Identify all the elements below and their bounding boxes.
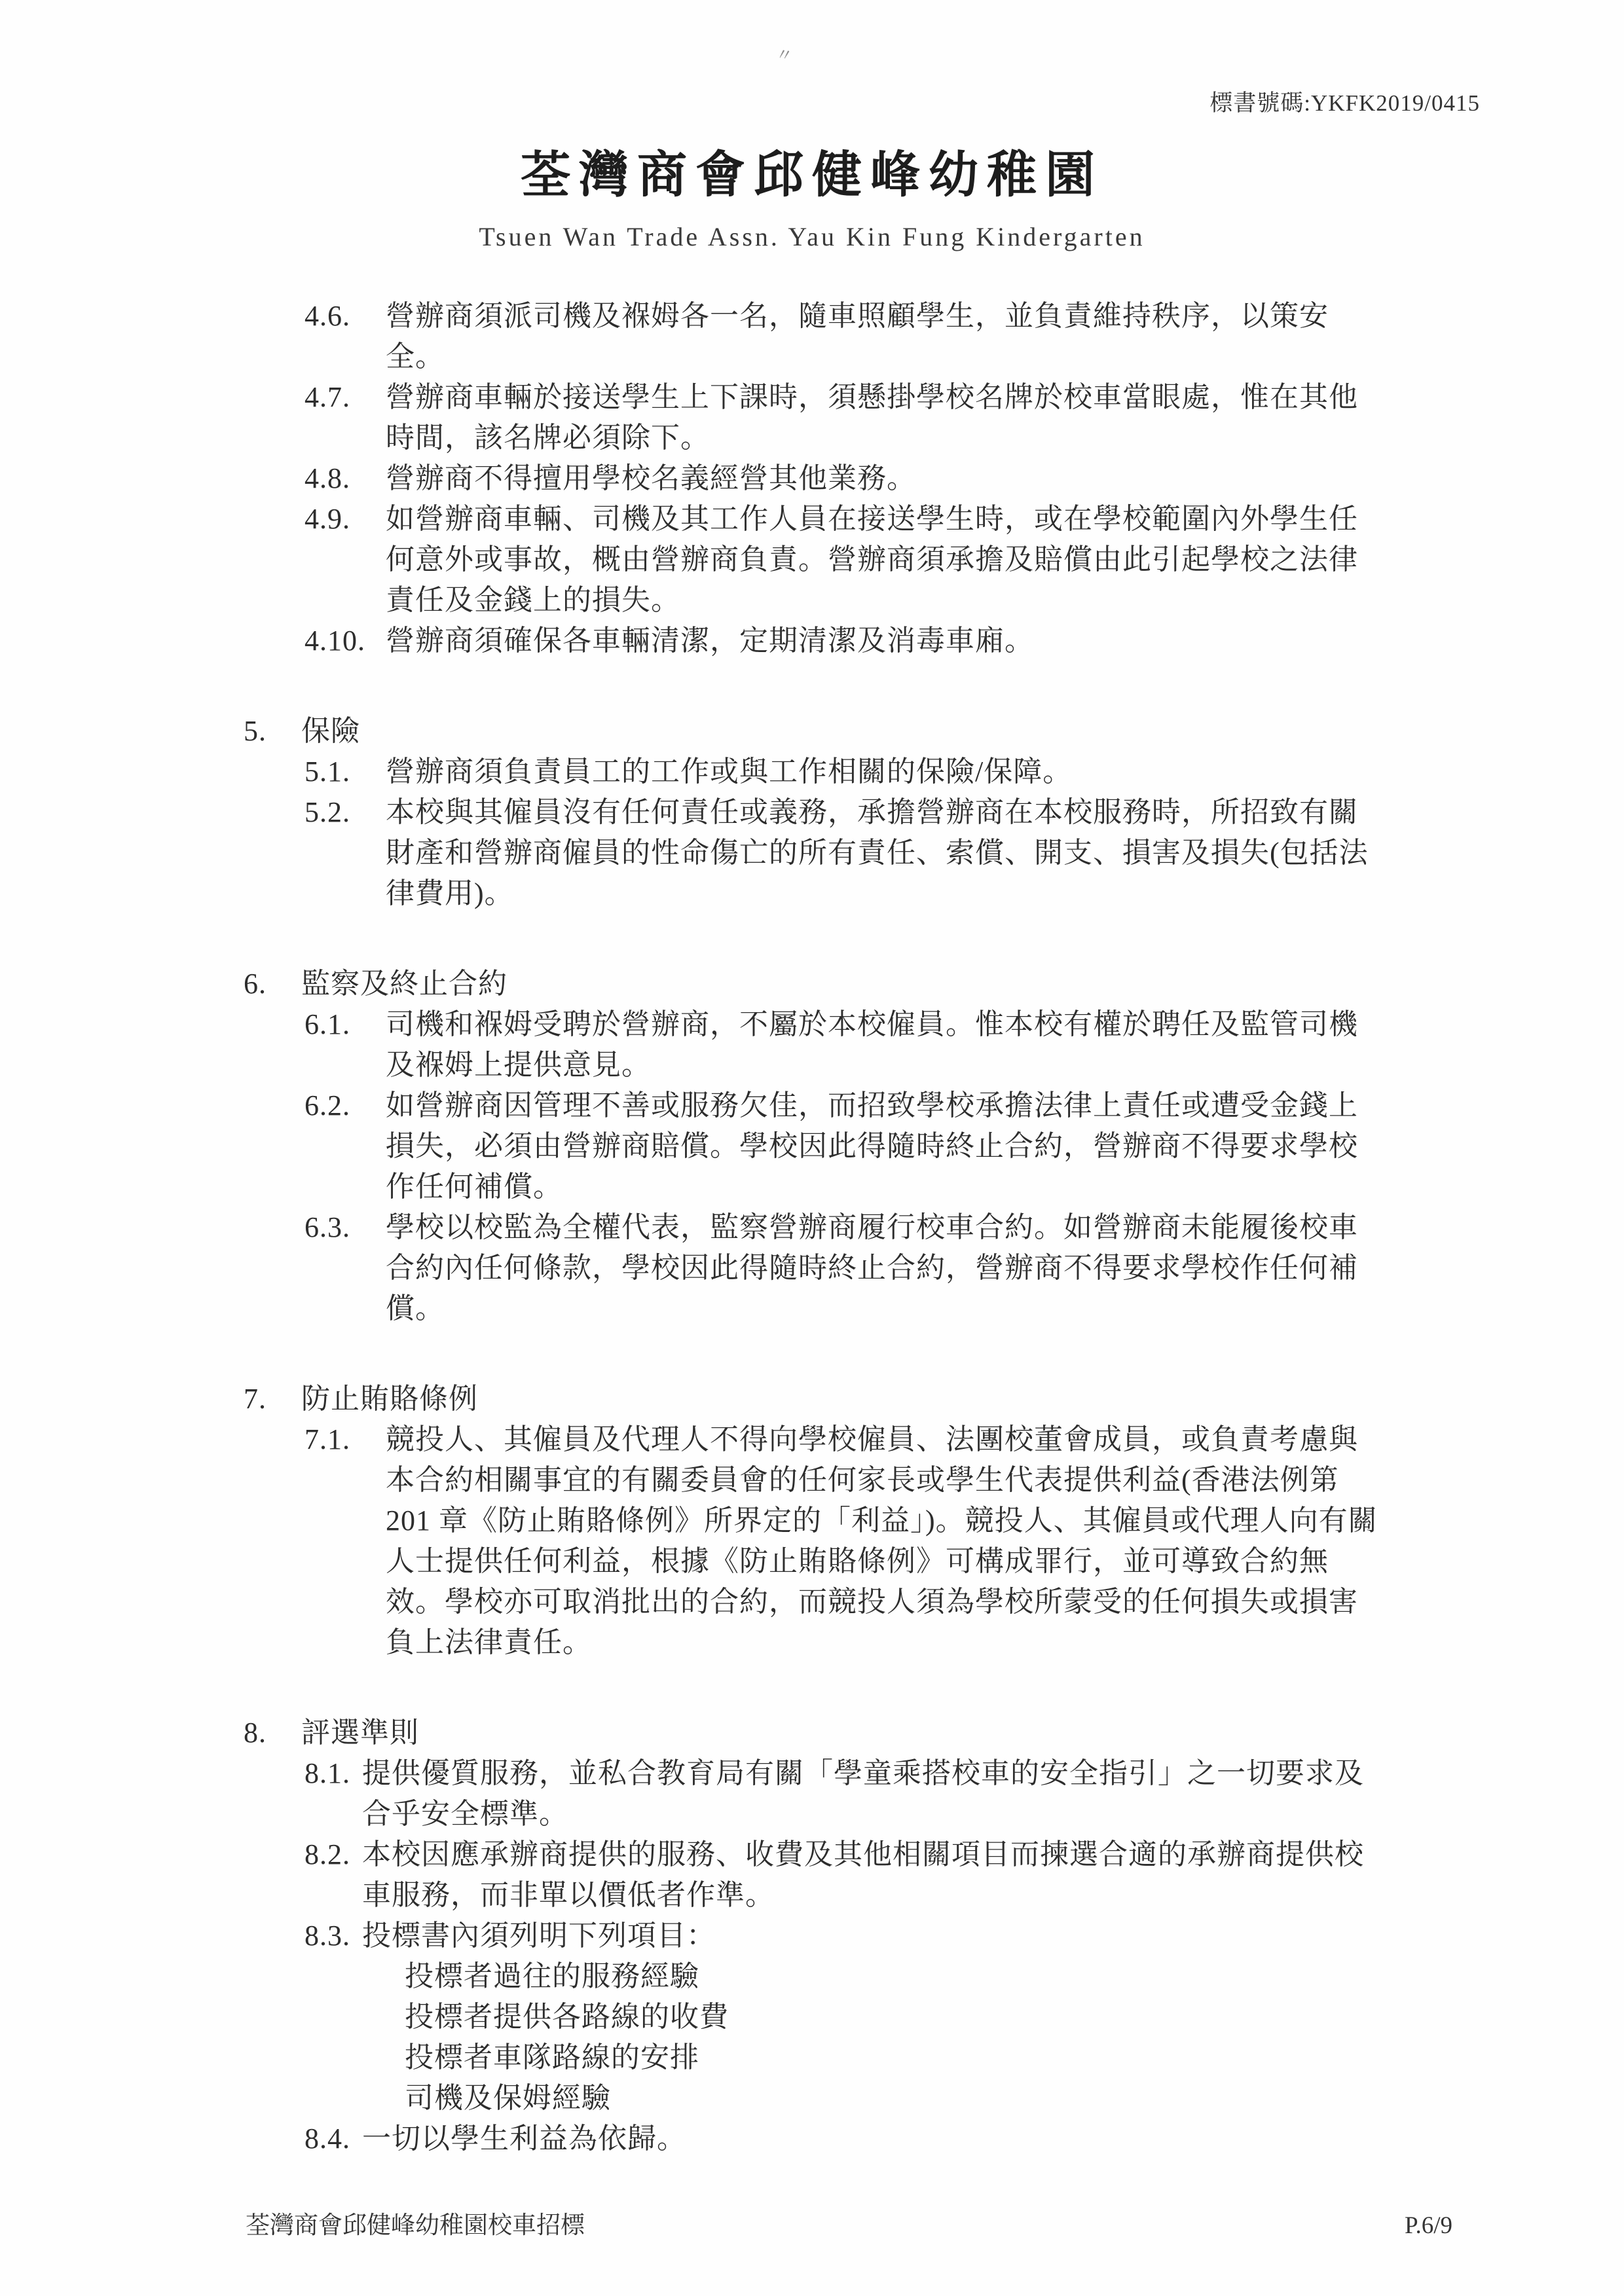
clause-number: 4.6. [304,296,386,377]
clause-4-9: 4.9.如營辦商車輛、司機及其工作人員在接送學生時，或在學校範圍內外學生任何意外… [304,499,1383,621]
clause-text: 本校與其僱員沒有任何責任或義務，承擔營辦商在本校服務時，所招致有關財產和營辦商僱… [386,792,1383,914]
clause-number: 4.9. [304,499,386,621]
scan-artifact: 〃 [775,41,796,67]
clause-text: 如營辦商因管理不善或服務欠佳，而招致學校承擔法律上責任或遭受金錢上損失，必須由營… [386,1085,1383,1207]
footer-document-title: 荃灣商會邱健峰幼稚園校車招標 [246,2205,585,2240]
section-title: 監察及終止合約 [301,964,507,1004]
section-title: 防止賄賂條例 [301,1379,478,1419]
clause-number: 6.1. [304,1004,386,1085]
clause-5-2: 5.2.本校與其僱員沒有任何責任或義務，承擔營辦商在本校服務時，所招致有關財產和… [304,792,1383,914]
section-number: 5. [244,711,301,752]
clause-number: 5.1. [304,752,386,792]
clause-text: 學校以校監為全權代表，監察營辦商履行校車合約。如營辦商未能履後校車合約內任何條款… [386,1207,1383,1329]
clause-text: 提供優質服務，並私合教育局有關「學童乘搭校車的安全指引」之一切要求及合乎安全標準… [362,1753,1383,1834]
clause-8-1: 8.1.提供優質服務，並私合教育局有關「學童乘搭校車的安全指引」之一切要求及合乎… [304,1753,1383,1834]
section-6: 6.監察及終止合約6.1.司機和褓姆受聘於營辦商，不屬於本校僱員。惟本校有權於聘… [244,964,1383,1329]
clause-8-3: 8.3.投標書內須列明下列項目：投標者過往的服務經驗投標者提供各路線的收費投標者… [304,1916,1383,2119]
section-7: 7.防止賄賂條例7.1.競投人、其僱員及代理人不得向學校僱員、法團校董會成員，或… [244,1379,1383,1663]
clause-6-3: 6.3.學校以校監為全權代表，監察營辦商履行校車合約。如營辦商未能履後校車合約內… [304,1207,1383,1329]
clause-6-1: 6.1.司機和褓姆受聘於營辦商，不屬於本校僱員。惟本校有權於聘任及監管司機及褓姆… [304,1004,1383,1085]
section-number: 8. [244,1713,301,1753]
clause-4-10: 4.10.營辦商須確保各車輛清潔，定期清潔及消毒車廂。 [304,621,1383,661]
clause-text: 營辦商車輛於接送學生上下課時，須懸掛學校名牌於校車當眼處，惟在其他時間，該名牌必… [386,377,1383,458]
clause-text: 競投人、其僱員及代理人不得向學校僱員、法團校董會成員，或負責考慮與本合約相關事宜… [386,1419,1383,1663]
clause-number: 6.2. [304,1085,386,1207]
clause-number: 5.2. [304,792,386,914]
clause-7-1: 7.1.競投人、其僱員及代理人不得向學校僱員、法團校董會成員，或負責考慮與本合約… [304,1419,1383,1663]
tender-item: 投標者車隊路線的安排 [405,2037,1383,2078]
school-name-english: Tsuen Wan Trade Assn. Yau Kin Fung Kinde… [0,221,1624,252]
section-5: 5.保險5.1.營辦商須負責員工的工作或與工作相關的保險/保障。5.2.本校與其… [244,711,1383,914]
tender-item: 投標者提供各路線的收費 [405,1997,1383,2037]
page-number: P.6/9 [1405,2212,1452,2240]
clause-number: 4.10. [304,621,386,661]
clause-number: 6.3. [304,1207,386,1329]
section-4: 4.6.營辦商須派司機及褓姆各一名，隨車照顧學生，並負責維持秩序，以策安全。4.… [244,296,1383,661]
clause-number: 8.4. [304,2119,362,2159]
clause-text: 營辦商須確保各車輛清潔，定期清潔及消毒車廂。 [386,621,1383,661]
tender-item-list: 投標者過往的服務經驗投標者提供各路線的收費投標者車隊路線的安排司機及保姆經驗 [405,1956,1383,2119]
clause-8-2: 8.2.本校因應承辦商提供的服務、收費及其他相關項目而揀選合適的承辦商提供校車服… [304,1834,1383,1916]
clause-number: 7.1. [304,1419,386,1663]
clause-number: 4.8. [304,458,386,499]
clause-text: 營辦商須負責員工的工作或與工作相關的保險/保障。 [386,752,1383,792]
clause-text: 本校因應承辦商提供的服務、收費及其他相關項目而揀選合適的承辦商提供校車服務，而非… [362,1834,1383,1916]
section-title: 保險 [301,711,360,752]
clause-4-8: 4.8.營辦商不得擅用學校名義經營其他業務。 [304,458,1383,499]
clause-4-7: 4.7.營辦商車輛於接送學生上下課時，須懸掛學校名牌於校車當眼處，惟在其他時間，… [304,377,1383,458]
clause-text: 投標書內須列明下列項目：投標者過往的服務經驗投標者提供各路線的收費投標者車隊路線… [362,1916,1383,2119]
document-page: 〃 標書號碼:YKFK2019/0415 荃灣商會邱健峰幼稚園 Tsuen Wa… [0,0,1624,2296]
clause-number: 8.1. [304,1753,362,1834]
section-number: 6. [244,964,301,1004]
tender-item: 投標者過往的服務經驗 [405,1956,1383,1997]
section-8: 8.評選準則8.1.提供優質服務，並私合教育局有關「學童乘搭校車的安全指引」之一… [244,1713,1383,2159]
section-number: 7. [244,1379,301,1419]
document-body: 4.6.營辦商須派司機及褓姆各一名，隨車照顧學生，並負責維持秩序，以策安全。4.… [244,296,1383,2159]
section-title: 評選準則 [301,1713,419,1753]
clause-text: 營辦商須派司機及褓姆各一名，隨車照顧學生，並負責維持秩序，以策安全。 [386,296,1383,377]
tender-number: 標書號碼:YKFK2019/0415 [1209,85,1480,118]
section-heading: 7.防止賄賂條例 [244,1379,1383,1419]
clause-number: 4.7. [304,377,386,458]
clause-number: 8.3. [304,1916,362,2119]
clause-6-2: 6.2.如營辦商因管理不善或服務欠佳，而招致學校承擔法律上責任或遭受金錢上損失，… [304,1085,1383,1207]
clause-text: 司機和褓姆受聘於營辦商，不屬於本校僱員。惟本校有權於聘任及監管司機及褓姆上提供意… [386,1004,1383,1085]
tender-item: 司機及保姆經驗 [405,2078,1383,2119]
clause-text: 營辦商不得擅用學校名義經營其他業務。 [386,458,1383,499]
section-heading: 6.監察及終止合約 [244,964,1383,1004]
clause-8-4: 8.4.一切以學生利益為依歸。 [304,2119,1383,2159]
clause-5-1: 5.1.營辦商須負責員工的工作或與工作相關的保險/保障。 [304,752,1383,792]
clause-number: 8.2. [304,1834,362,1916]
clause-text: 如營辦商車輛、司機及其工作人員在接送學生時，或在學校範圍內外學生任何意外或事故，… [386,499,1383,621]
clause-4-6: 4.6.營辦商須派司機及褓姆各一名，隨車照顧學生，並負責維持秩序，以策安全。 [304,296,1383,377]
clause-text: 一切以學生利益為依歸。 [362,2119,1383,2159]
section-heading: 8.評選準則 [244,1713,1383,1753]
page-footer: 荃灣商會邱健峰幼稚園校車招標 P.6/9 [246,2205,1452,2240]
school-name-chinese: 荃灣商會邱健峰幼稚園 [0,135,1624,206]
section-heading: 5.保險 [244,711,1383,752]
